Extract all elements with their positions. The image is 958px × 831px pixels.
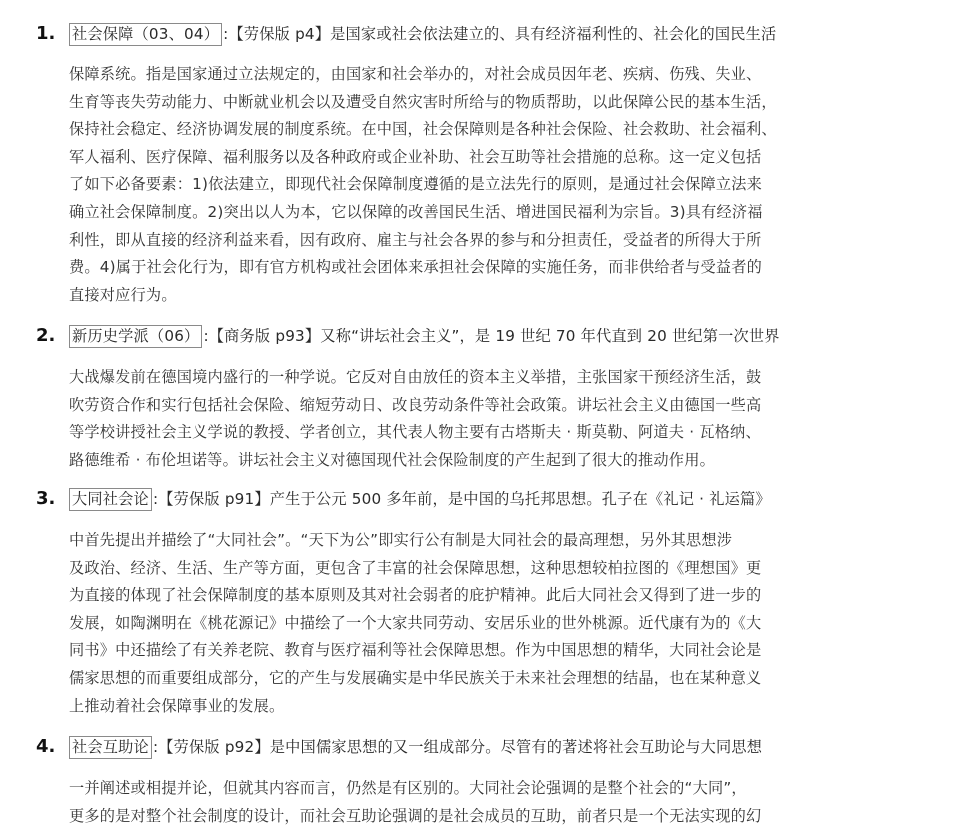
- body-line: 同书》中还描绘了有关养老院、教育与医疗福利等社会保障思想。作为中国思想的精华，大…: [69, 637, 899, 665]
- heading-text: :【商务版 p93】又称“讲坛社会主义”，是 19 世纪 70 年代直到 20 …: [203, 327, 779, 345]
- body-line: 上推动着社会保障事业的发展。: [69, 693, 899, 721]
- term-box: 新历史学派（06）: [69, 325, 202, 348]
- heading-text: :【劳保版 p91】产生于公元 500 多年前，是中国的乌托邦思想。孔子在《礼记…: [153, 490, 771, 508]
- body-line: 等学校讲授社会主义学说的教授、学者创立，其代表人物主要有古塔斯夫 · 斯莫勒、阿…: [69, 419, 899, 447]
- term-box: 大同社会论: [69, 488, 152, 511]
- entry-body: 一并阐述或相提并论，但就其内容而言，仍然是有区别的。大同社会论强调的是整个社会的…: [69, 775, 899, 830]
- body-line: 保障系统。指是国家通过立法规定的，由国家和社会举办的，对社会成员因年老、疾病、伤…: [69, 61, 899, 89]
- body-line: 直接对应行为。: [69, 282, 899, 310]
- body-line: 保持社会稳定、经济协调发展的制度系统。在中国，社会保障则是各种社会保险、社会救助…: [69, 116, 899, 144]
- body-line: 发展，如陶渊明在《桃花源记》中描绘了一个大家共同劳动、安居乐业的世外桃源。近代康…: [69, 610, 899, 638]
- body-line: 确立社会保障制度。2)突出以人为本，它以保障的改善国民生活、增进国民福利为宗旨。…: [69, 199, 899, 227]
- entry-number: 2.: [36, 324, 55, 348]
- entry-heading: 新历史学派（06）:【商务版 p93】又称“讲坛社会主义”，是 19 世纪 70…: [69, 324, 909, 348]
- entry-number: 1.: [36, 22, 55, 46]
- body-line: 更多的是对整个社会制度的设计，而社会互助论强调的是社会成员的互助，前者只是一个无…: [69, 803, 899, 831]
- entry-number: 4.: [36, 735, 55, 759]
- body-line: 费。4)属于社会化行为，即有官方机构或社会团体来承担社会保障的实施任务，而非供给…: [69, 254, 899, 282]
- body-line: 大战爆发前在德国境内盛行的一种学说。它反对自由放任的资本主义举措，主张国家干预经…: [69, 364, 899, 392]
- term-box: 社会保障（03、04）: [69, 23, 222, 46]
- entry-heading: 社会互助论:【劳保版 p92】是中国儒家思想的又一组成部分。尽管有的著述将社会互…: [69, 735, 909, 759]
- entry-number: 3.: [36, 487, 55, 511]
- body-line: 军人福利、医疗保障、福利服务以及各种政府或企业补助、社会互助等社会措施的总称。这…: [69, 144, 899, 172]
- body-line: 路德维希 · 布伦坦诺等。讲坛社会主义对德国现代社会保险制度的产生起到了很大的推…: [69, 447, 899, 475]
- body-line: 了如下必备要素：1)依法建立，即现代社会保障制度遵循的是立法先行的原则，是通过社…: [69, 171, 899, 199]
- body-line: 一并阐述或相提并论，但就其内容而言，仍然是有区别的。大同社会论强调的是整个社会的…: [69, 775, 899, 803]
- entry-heading: 大同社会论:【劳保版 p91】产生于公元 500 多年前，是中国的乌托邦思想。孔…: [69, 487, 909, 511]
- body-line: 生育等丧失劳动能力、中断就业机会以及遭受自然灾害时所给与的物质帮助，以此保障公民…: [69, 89, 899, 117]
- entry-body: 大战爆发前在德国境内盛行的一种学说。它反对自由放任的资本主义举措，主张国家干预经…: [69, 364, 899, 474]
- body-line: 及政治、经济、生活、生产等方面，更包含了丰富的社会保障思想，这种思想较柏拉图的《…: [69, 555, 899, 583]
- entry-heading: 社会保障（03、04）:【劳保版 p4】是国家或社会依法建立的、具有经济福利性的…: [69, 22, 909, 46]
- entry-body: 保障系统。指是国家通过立法规定的，由国家和社会举办的，对社会成员因年老、疾病、伤…: [69, 61, 899, 309]
- body-line: 中首先提出并描绘了“大同社会”。“天下为公”即实行公有制是大同社会的最高理想，另…: [69, 527, 899, 555]
- term-box: 社会互助论: [69, 736, 152, 759]
- heading-text: :【劳保版 p4】是国家或社会依法建立的、具有经济福利性的、社会化的国民生活: [223, 25, 776, 43]
- body-line: 利性，即从直接的经济利益来看，因有政府、雇主与社会各界的参与和分担责任，受益者的…: [69, 227, 899, 255]
- document-page: 1. 社会保障（03、04）:【劳保版 p4】是国家或社会依法建立的、具有经济福…: [0, 0, 958, 831]
- body-line: 为直接的体现了社会保障制度的基本原则及其对社会弱者的庇护精神。此后大同社会又得到…: [69, 582, 899, 610]
- body-line: 儒家思想的而重要组成部分，它的产生与发展确实是中华民族关于未来社会理想的结晶，也…: [69, 665, 899, 693]
- body-line: 吹劳资合作和实行包括社会保险、缩短劳动日、改良劳动条件等社会政策。讲坛社会主义由…: [69, 392, 899, 420]
- heading-text: :【劳保版 p92】是中国儒家思想的又一组成部分。尽管有的著述将社会互助论与大同…: [153, 738, 762, 756]
- entry-body: 中首先提出并描绘了“大同社会”。“天下为公”即实行公有制是大同社会的最高理想，另…: [69, 527, 899, 720]
